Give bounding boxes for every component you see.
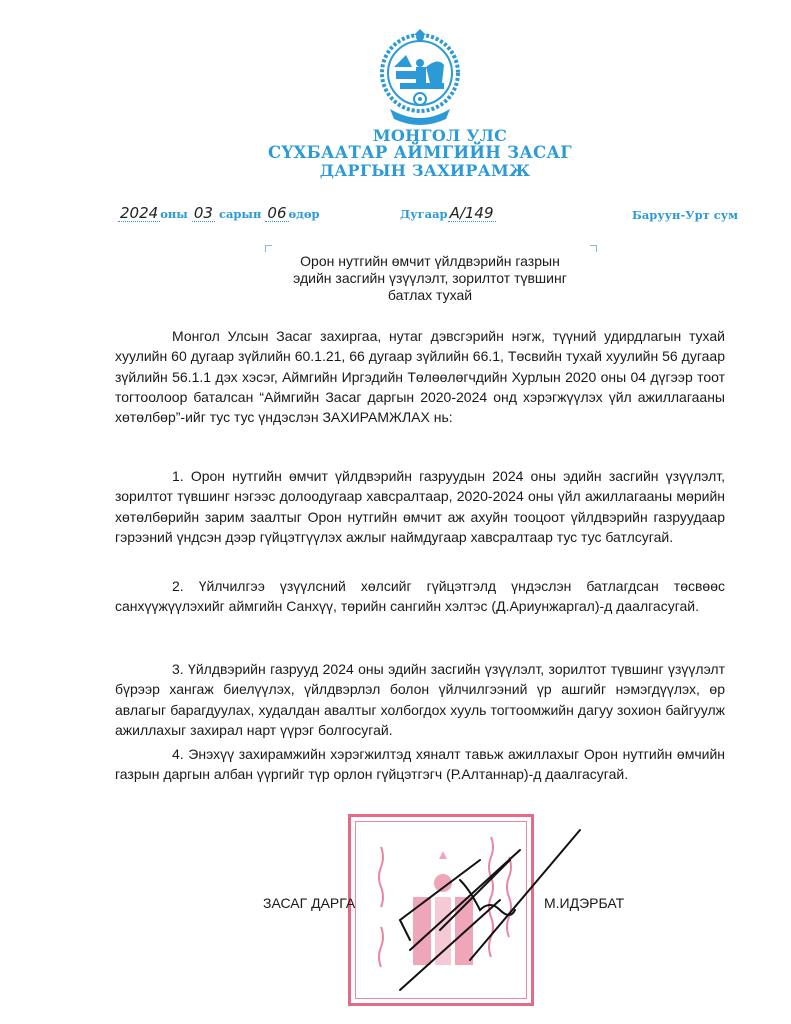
document-number: ДугаарА/149 — [400, 205, 496, 222]
subject-corner-right — [590, 245, 597, 252]
signatory-name: М.ИДЭРБАТ — [544, 895, 624, 911]
subject-corner-left — [265, 245, 272, 252]
header-province: СҮХБААТАР АЙМГИЙН ЗАСАГ — [250, 143, 590, 162]
subject-line: Орон нутгийн өмчит үйлдвэрийн газрын — [260, 253, 600, 270]
number-value: А/149 — [448, 205, 496, 222]
month-suffix: сарын — [219, 207, 261, 221]
document-subject: Орон нутгийн өмчит үйлдвэрийн газрын эди… — [260, 253, 600, 304]
signatory-title: ЗАСАГ ДАРГА — [263, 895, 355, 911]
order-item-4: 4. Энэхүү захирамжийн хэрэгжилтэд хяналт… — [115, 744, 725, 785]
signature-scribble — [380, 820, 600, 1010]
order-item-2: 2. Үйлчилгээ үзүүлсний хөлсийг гүйцэтгэл… — [115, 576, 725, 617]
year-suffix: оны — [160, 207, 188, 221]
date-month: 03 — [192, 205, 215, 222]
document-meta-row: 2024оны 03 сарын 06өдөр ДугаарА/149 Бару… — [0, 205, 791, 227]
subject-line: эдийн засгийн үзүүлэлт, зорилтот түвшинг — [260, 270, 600, 287]
document-place: Баруун-Урт сум — [632, 208, 738, 222]
order-item-3: 3. Үйлдвэрийн газрууд 2024 оны эдийн зас… — [115, 659, 725, 740]
date-year: 2024 — [118, 205, 160, 222]
number-label: Дугаар — [400, 207, 448, 221]
date-day: 06 — [265, 205, 288, 222]
state-emblem-icon — [372, 27, 468, 127]
order-item-1: 1. Орон нутгийн өмчит үйлдвэрийн газрууд… — [115, 466, 725, 547]
document-date: 2024оны 03 сарын 06өдөр — [118, 205, 320, 222]
day-suffix: өдөр — [289, 207, 320, 221]
preamble-paragraph: Монгол Улсын Засаг захиргаа, нутаг дэвсг… — [115, 326, 725, 427]
header-doc-type: ДАРГЫН ЗАХИРАМЖ — [255, 161, 595, 180]
subject-line: батлах тухай — [260, 287, 600, 304]
